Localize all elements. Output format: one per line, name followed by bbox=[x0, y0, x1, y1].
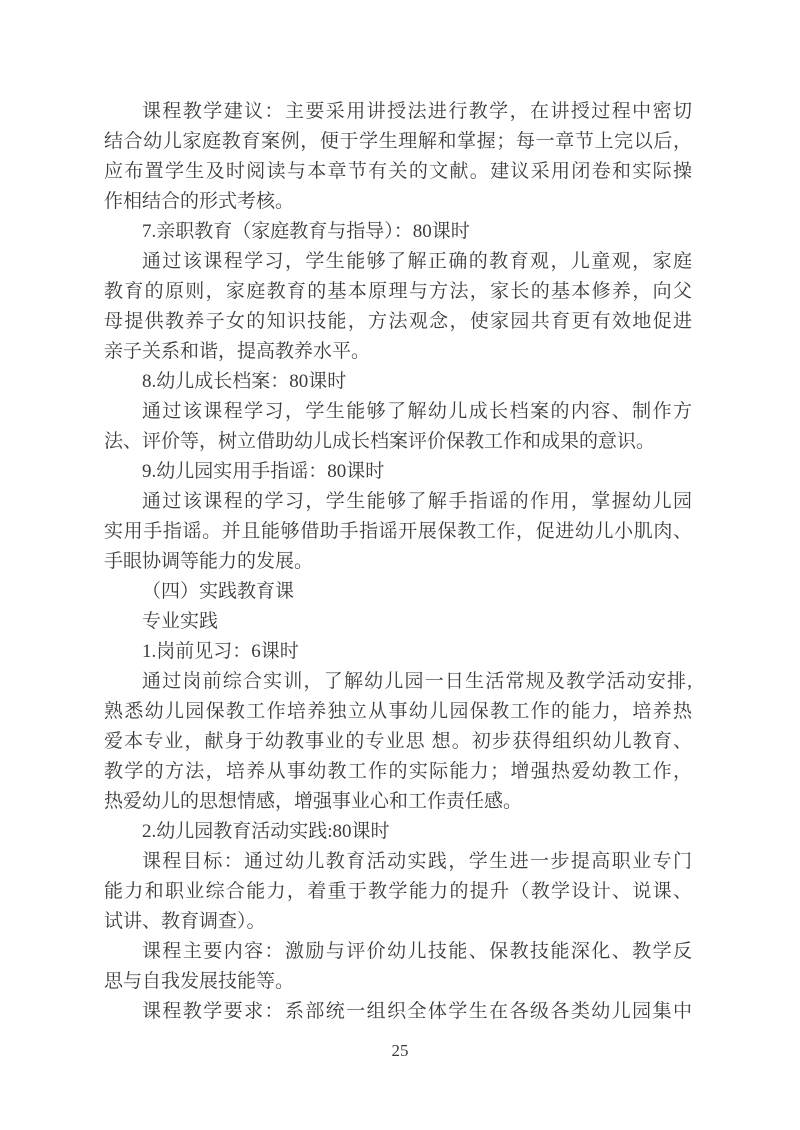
text-line: 1.岗前见习：6课时 bbox=[104, 637, 692, 667]
document-page: 课程教学建议：主要采用讲授法进行教学，在讲授过程中密切 结合幼儿家庭教育案例，便… bbox=[0, 0, 800, 1130]
text-line: 能力和职业综合能力，着重于教学能力的提升（教学设计、说课、 bbox=[104, 877, 692, 907]
text-line: 法、评价等，树立借助幼儿成长档案评价保教工作和成果的意识。 bbox=[104, 427, 692, 457]
text-line: 熟悉幼儿园保教工作培养独立从事幼儿园保教工作的能力，培养热 bbox=[104, 697, 692, 727]
text-line: 结合幼儿家庭教育案例，便于学生理解和掌握；每一章节上完以后， bbox=[104, 127, 692, 157]
text-line: 教学的方法，培养从事幼教工作的实际能力；增强热爱幼教工作， bbox=[104, 757, 692, 787]
text-line: 通过该课程学习，学生能够了解幼儿成长档案的内容、制作方 bbox=[104, 397, 692, 427]
text-line: 思与自我发展技能等。 bbox=[104, 967, 692, 997]
text-line: 通过该课程学习，学生能够了解正确的教育观，儿童观，家庭 bbox=[104, 247, 692, 277]
text-line: 试讲、教育调查）。 bbox=[104, 907, 692, 937]
text-line: 8.幼儿成长档案：80课时 bbox=[104, 367, 692, 397]
text-line: 亲子关系和谐，提高教养水平。 bbox=[104, 337, 692, 367]
text-line: 专业实践 bbox=[104, 607, 692, 637]
text-line: 通过该课程的学习，学生能够了解手指谣的作用，掌握幼儿园 bbox=[104, 487, 692, 517]
text-line: 手眼协调等能力的发展。 bbox=[104, 547, 692, 577]
text-line: 通过岗前综合实训，了解幼儿园一日生活常规及教学活动安排, bbox=[104, 667, 692, 697]
text-line: 2.幼儿园教育活动实践:80课时 bbox=[104, 817, 692, 847]
text-line: 课程教学要求：系部统一组织全体学生在各级各类幼儿园集中 bbox=[104, 997, 692, 1027]
text-line: 实用手指谣。并且能够借助手指谣开展保教工作，促进幼儿小肌肉、 bbox=[104, 517, 692, 547]
text-line: 课程教学建议：主要采用讲授法进行教学，在讲授过程中密切 bbox=[104, 97, 692, 127]
text-line: 课程目标：通过幼儿教育活动实践，学生进一步提高职业专门 bbox=[104, 847, 692, 877]
text-line: 7.亲职教育（家庭教育与指导）：80课时 bbox=[104, 217, 692, 247]
text-line: 教育的原则，家庭教育的基本原理与方法，家长的基本修养，向父 bbox=[104, 277, 692, 307]
text-line: 爱本专业，献身于幼教事业的专业思 想。初步获得组织幼儿教育、 bbox=[104, 727, 692, 757]
text-body: 课程教学建议：主要采用讲授法进行教学，在讲授过程中密切 结合幼儿家庭教育案例，便… bbox=[104, 97, 692, 1027]
text-line: 热爱幼儿的思想情感，增强事业心和工作责任感。 bbox=[104, 787, 692, 817]
text-line: 应布置学生及时阅读与本章节有关的文献。建议采用闭卷和实际操 bbox=[104, 157, 692, 187]
text-line: （四）实践教育课 bbox=[104, 577, 692, 607]
page-number: 25 bbox=[0, 1041, 800, 1061]
text-line: 作相结合的形式考核。 bbox=[104, 187, 692, 217]
text-line: 母提供教养子女的知识技能，方法观念，使家园共育更有效地促进 bbox=[104, 307, 692, 337]
text-line: 9.幼儿园实用手指谣：80课时 bbox=[104, 457, 692, 487]
text-line: 课程主要内容：激励与评价幼儿技能、保教技能深化、教学反 bbox=[104, 937, 692, 967]
